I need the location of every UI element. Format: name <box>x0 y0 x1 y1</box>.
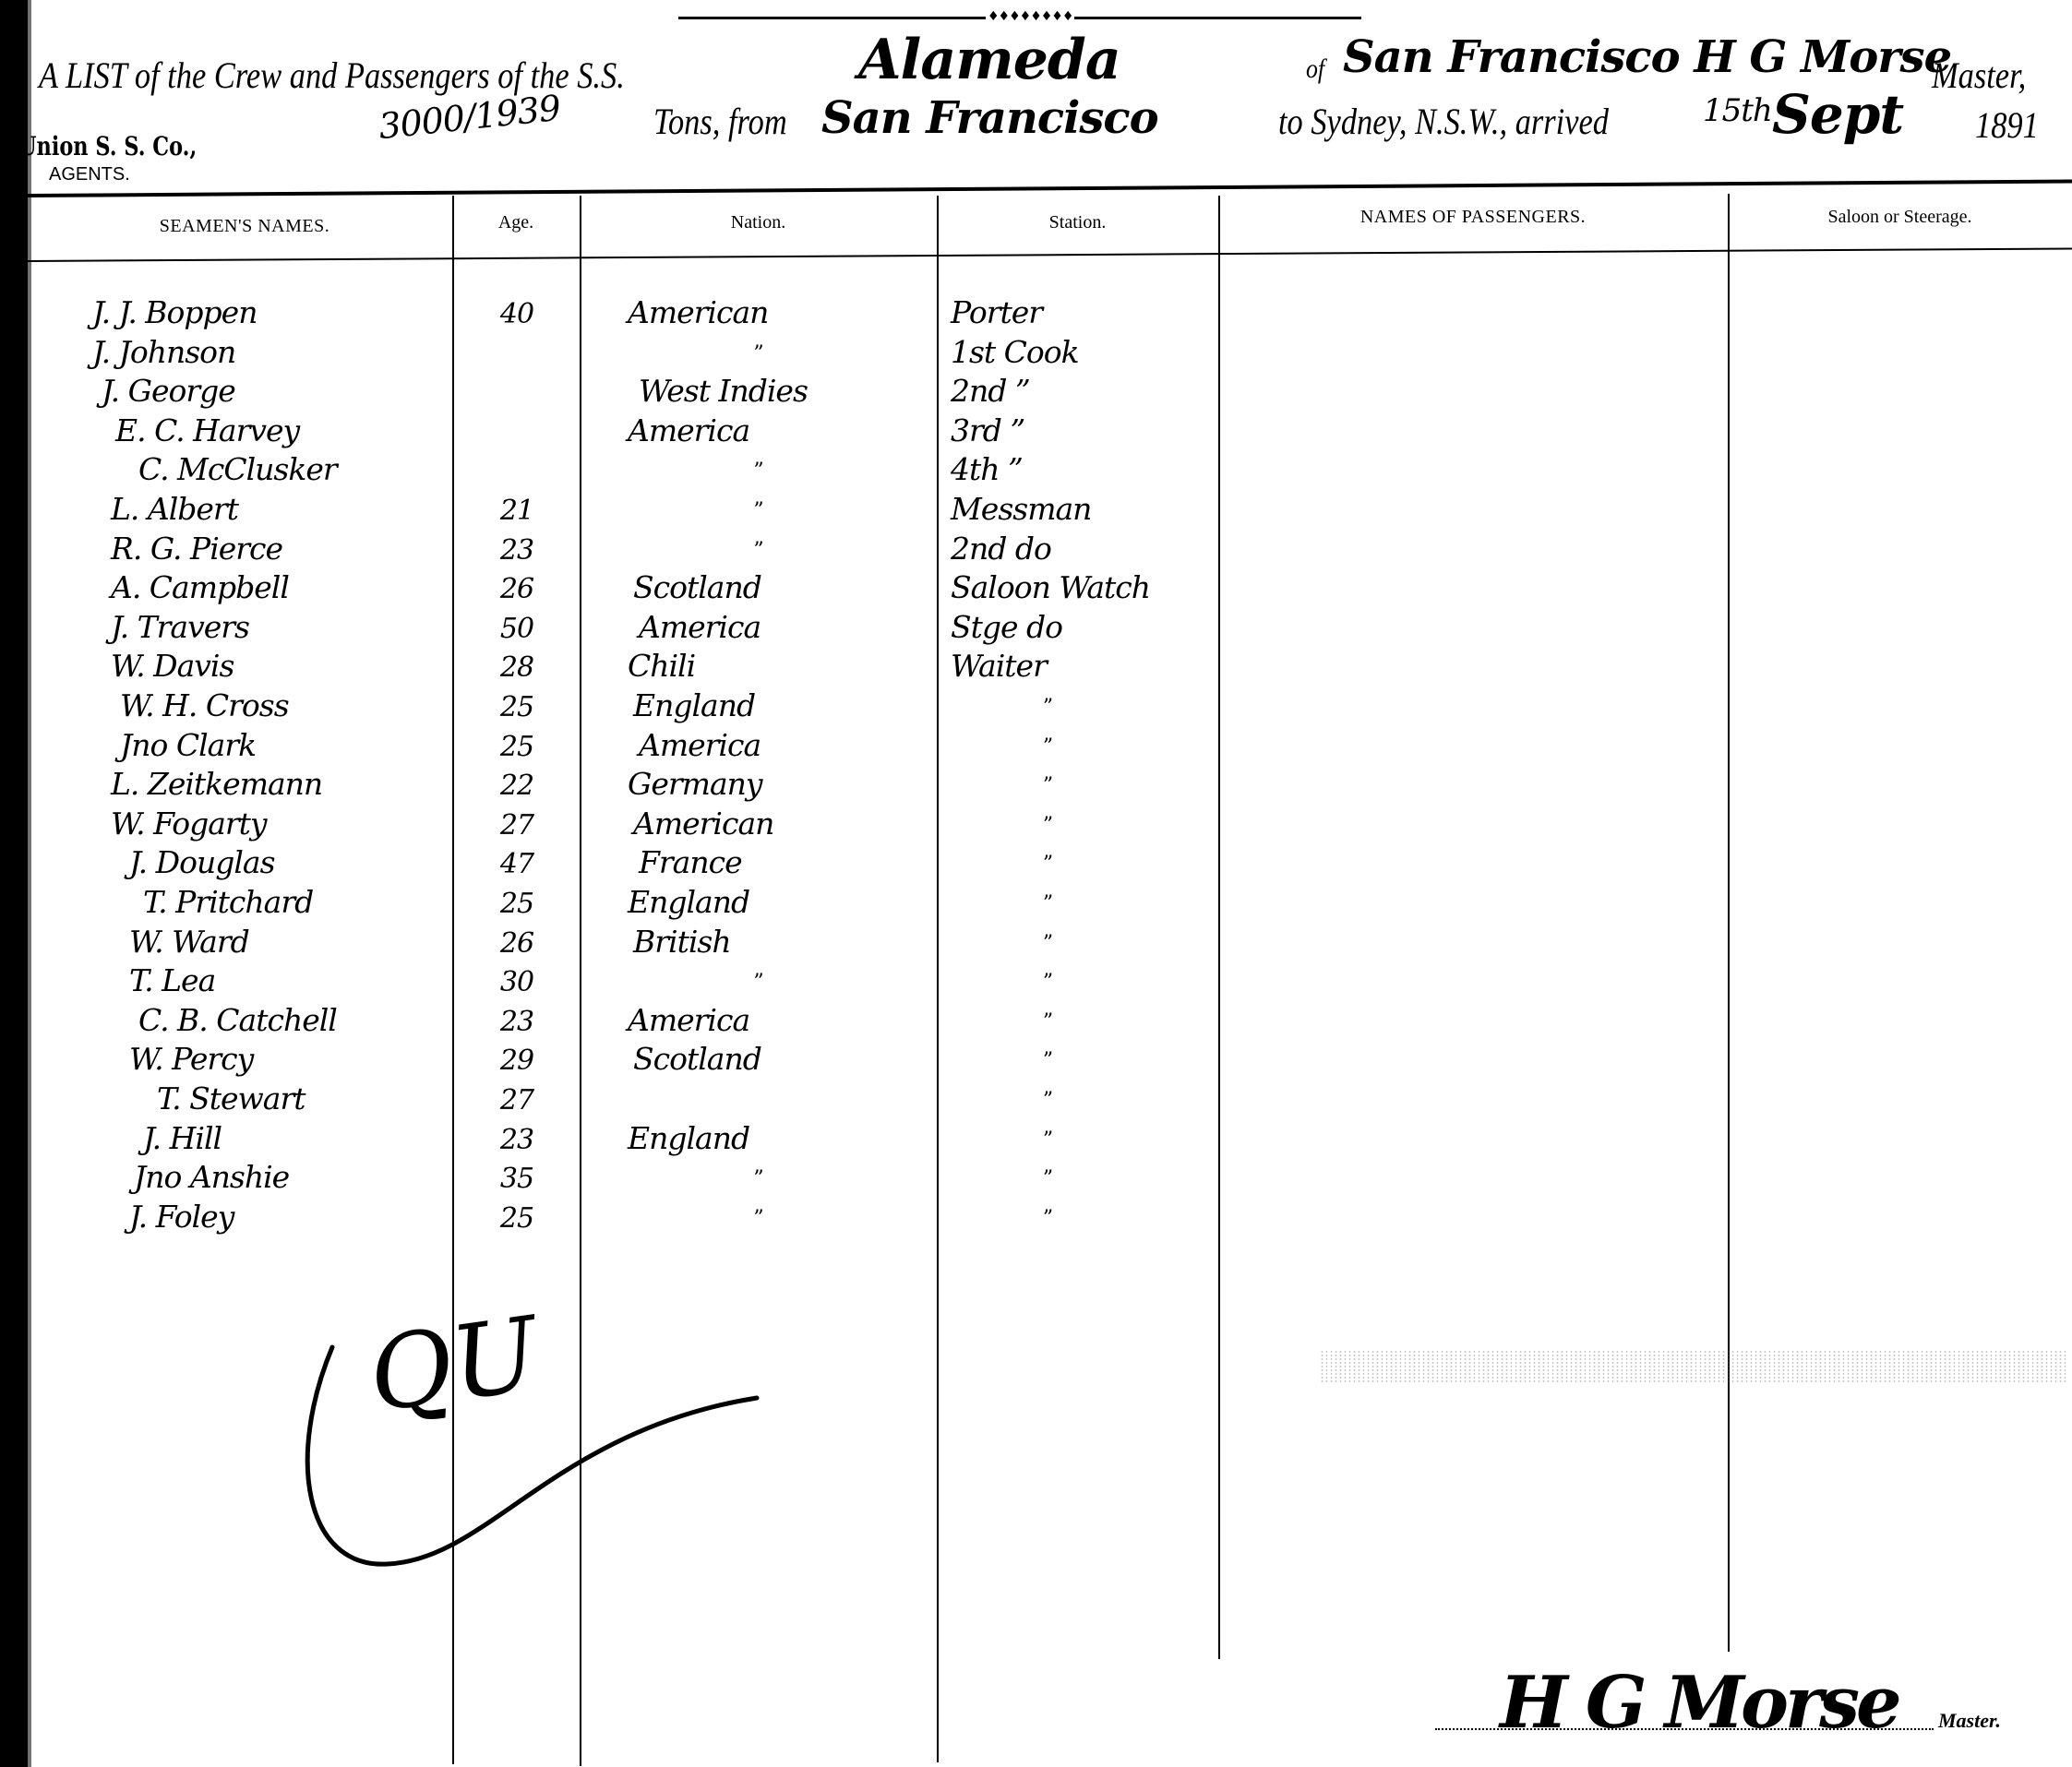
seaman-age: 27 <box>454 1087 580 1115</box>
seaman-nation: ” <box>580 344 937 364</box>
seaman-name: W. H. Cross <box>120 690 289 721</box>
agent-company: Union S. S. Co., <box>18 131 197 161</box>
seaman-station: 3rd ” <box>951 415 1024 446</box>
column-divider-station <box>937 196 939 1762</box>
seaman-age: 26 <box>454 576 580 603</box>
port-and-master-name: San Francisco H G Morse <box>1343 31 1951 83</box>
departure-port: San Francisco <box>821 92 1158 144</box>
seaman-nation: England <box>628 1123 749 1153</box>
seaman-name: C. B. Catchell <box>138 1005 337 1035</box>
seaman-station: ” <box>1006 816 1089 836</box>
seaman-name: J. Johnson <box>92 337 235 367</box>
seaman-station: ” <box>1006 776 1089 796</box>
master-signature: H G Morse <box>1500 1661 1898 1745</box>
seaman-age: 25 <box>454 1205 580 1233</box>
seaman-nation: ” <box>580 973 937 993</box>
seaman-name: J. George <box>102 376 235 406</box>
seaman-age: 25 <box>454 694 580 722</box>
margin-swoosh <box>277 1310 794 1587</box>
seaman-station: ” <box>1006 1051 1089 1071</box>
seaman-station: 2nd ” <box>951 376 1030 406</box>
seaman-station: ” <box>1006 1012 1089 1033</box>
seaman-name: C. McClusker <box>138 454 337 484</box>
table-top-rule <box>28 180 2072 197</box>
seaman-nation: Scotland <box>633 1044 761 1074</box>
seaman-name: T. Pritchard <box>143 887 313 917</box>
arrival-year: 1891 <box>1975 103 2039 147</box>
seaman-station: ” <box>1006 973 1089 993</box>
seaman-name: W. Fogarty <box>111 808 267 839</box>
seaman-name: J. Hill <box>143 1123 222 1153</box>
seaman-name: W. Ward <box>129 926 249 957</box>
seaman-name: J. Douglas <box>129 847 275 878</box>
header-ornament: ♦♦♦♦♦♦♦♦ <box>986 9 1074 24</box>
seaman-station: 2nd do <box>951 533 1051 564</box>
column-header-saloon-or-steerage: Saloon or Steerage. <box>1728 207 2072 228</box>
seaman-age: 23 <box>454 1127 580 1154</box>
seaman-station: Stge do <box>951 612 1062 642</box>
seaman-age: 26 <box>454 930 580 958</box>
seaman-nation: American <box>633 808 773 839</box>
seaman-age: 47 <box>454 851 580 878</box>
page-binding-edge <box>0 0 28 1767</box>
column-divider-passengers <box>1218 196 1220 1659</box>
seaman-nation: England <box>633 690 755 721</box>
signature-line <box>1435 1728 1934 1730</box>
seaman-nation: ” <box>580 541 937 561</box>
seaman-nation: ” <box>580 1169 937 1189</box>
page-binding-shadow <box>28 0 31 1767</box>
seaman-age: 23 <box>454 537 580 565</box>
tons-from-label: Tons, from <box>653 100 787 143</box>
seaman-age: 23 <box>454 1009 580 1036</box>
seaman-nation: America <box>639 730 761 760</box>
seaman-station: ” <box>1006 698 1089 718</box>
column-header-station: Station. <box>937 212 1218 233</box>
seaman-nation: ” <box>580 501 937 521</box>
seaman-name: R. G. Pierce <box>111 533 282 564</box>
seaman-nation: American <box>628 297 768 328</box>
seaman-nation: ” <box>580 461 937 482</box>
scan-noise <box>1320 1350 2067 1383</box>
of-label: of <box>1306 54 1324 85</box>
seaman-name: J. J. Boppen <box>92 297 257 328</box>
seaman-age: 30 <box>454 969 580 997</box>
seaman-nation: ” <box>580 1209 937 1229</box>
seaman-age: 27 <box>454 812 580 840</box>
seaman-name: T. Lea <box>129 965 215 996</box>
seaman-nation: British <box>633 926 731 957</box>
seaman-station: Saloon Watch <box>951 572 1150 603</box>
header-bottom-rule <box>28 247 2072 262</box>
seaman-name: A. Campbell <box>111 572 289 603</box>
seaman-name: T. Stewart <box>157 1083 305 1114</box>
seaman-age: 29 <box>454 1047 580 1075</box>
arrival-day: 15th <box>1703 92 1772 129</box>
seaman-station: ” <box>1006 1091 1089 1111</box>
seaman-age: 25 <box>454 734 580 761</box>
seaman-name: E. C. Harvey <box>115 415 299 446</box>
seaman-station: Porter <box>951 297 1042 328</box>
seaman-name: L. Albert <box>111 494 238 524</box>
seaman-nation: Scotland <box>633 572 761 603</box>
seaman-station: ” <box>1006 854 1089 875</box>
seaman-age: 40 <box>454 301 580 328</box>
seaman-age: 25 <box>454 890 580 918</box>
seaman-name: J. Foley <box>129 1201 234 1232</box>
column-header-nation: Nation. <box>580 212 937 233</box>
seaman-nation: America <box>639 612 761 642</box>
seaman-name: Jno Anshie <box>134 1162 289 1192</box>
seaman-nation: Germany <box>628 769 762 799</box>
seaman-nation: France <box>639 847 742 878</box>
seaman-age: 21 <box>454 497 580 525</box>
ship-name: Alameda <box>858 28 1120 92</box>
seaman-age: 35 <box>454 1165 580 1193</box>
signature-master-label: Master. <box>1938 1709 2001 1733</box>
seaman-nation: West Indies <box>639 376 808 406</box>
seaman-name: J. Travers <box>111 612 249 642</box>
seaman-station: 4th ” <box>951 454 1023 484</box>
seaman-station: Messman <box>951 494 1091 524</box>
seaman-station: ” <box>1006 934 1089 954</box>
seaman-station: ” <box>1006 737 1089 758</box>
seaman-name: W. Davis <box>111 651 234 681</box>
seaman-station: Waiter <box>951 651 1047 681</box>
seaman-nation: America <box>628 415 749 446</box>
column-header-passenger-names: NAMES OF PASSENGERS. <box>1218 207 1728 228</box>
seaman-nation: Chili <box>628 651 695 681</box>
master-title-label: Master, <box>1932 54 2026 97</box>
seaman-age: 22 <box>454 772 580 800</box>
seaman-nation: America <box>628 1005 749 1035</box>
agents-label: AGENTS. <box>49 164 130 185</box>
seaman-age: 28 <box>454 654 580 682</box>
seaman-name: W. Percy <box>129 1044 253 1074</box>
destination-label: to Sydney, N.S.W., arrived <box>1278 100 1609 143</box>
column-header-seamens-names: SEAMEN'S NAMES. <box>37 216 452 237</box>
column-divider-saloon <box>1728 194 1730 1652</box>
seaman-station: ” <box>1006 1169 1089 1189</box>
seaman-station: 1st Cook <box>951 337 1079 367</box>
seaman-age: 50 <box>454 615 580 643</box>
seaman-station: ” <box>1006 894 1089 914</box>
column-header-age: Age. <box>452 212 580 233</box>
arrival-month: Sept <box>1772 83 1903 146</box>
seaman-name: Jno Clark <box>120 730 256 760</box>
seaman-station: ” <box>1006 1130 1089 1151</box>
seaman-name: L. Zeitkemann <box>111 769 322 799</box>
seaman-station: ” <box>1006 1209 1089 1229</box>
seaman-nation: England <box>628 887 749 917</box>
